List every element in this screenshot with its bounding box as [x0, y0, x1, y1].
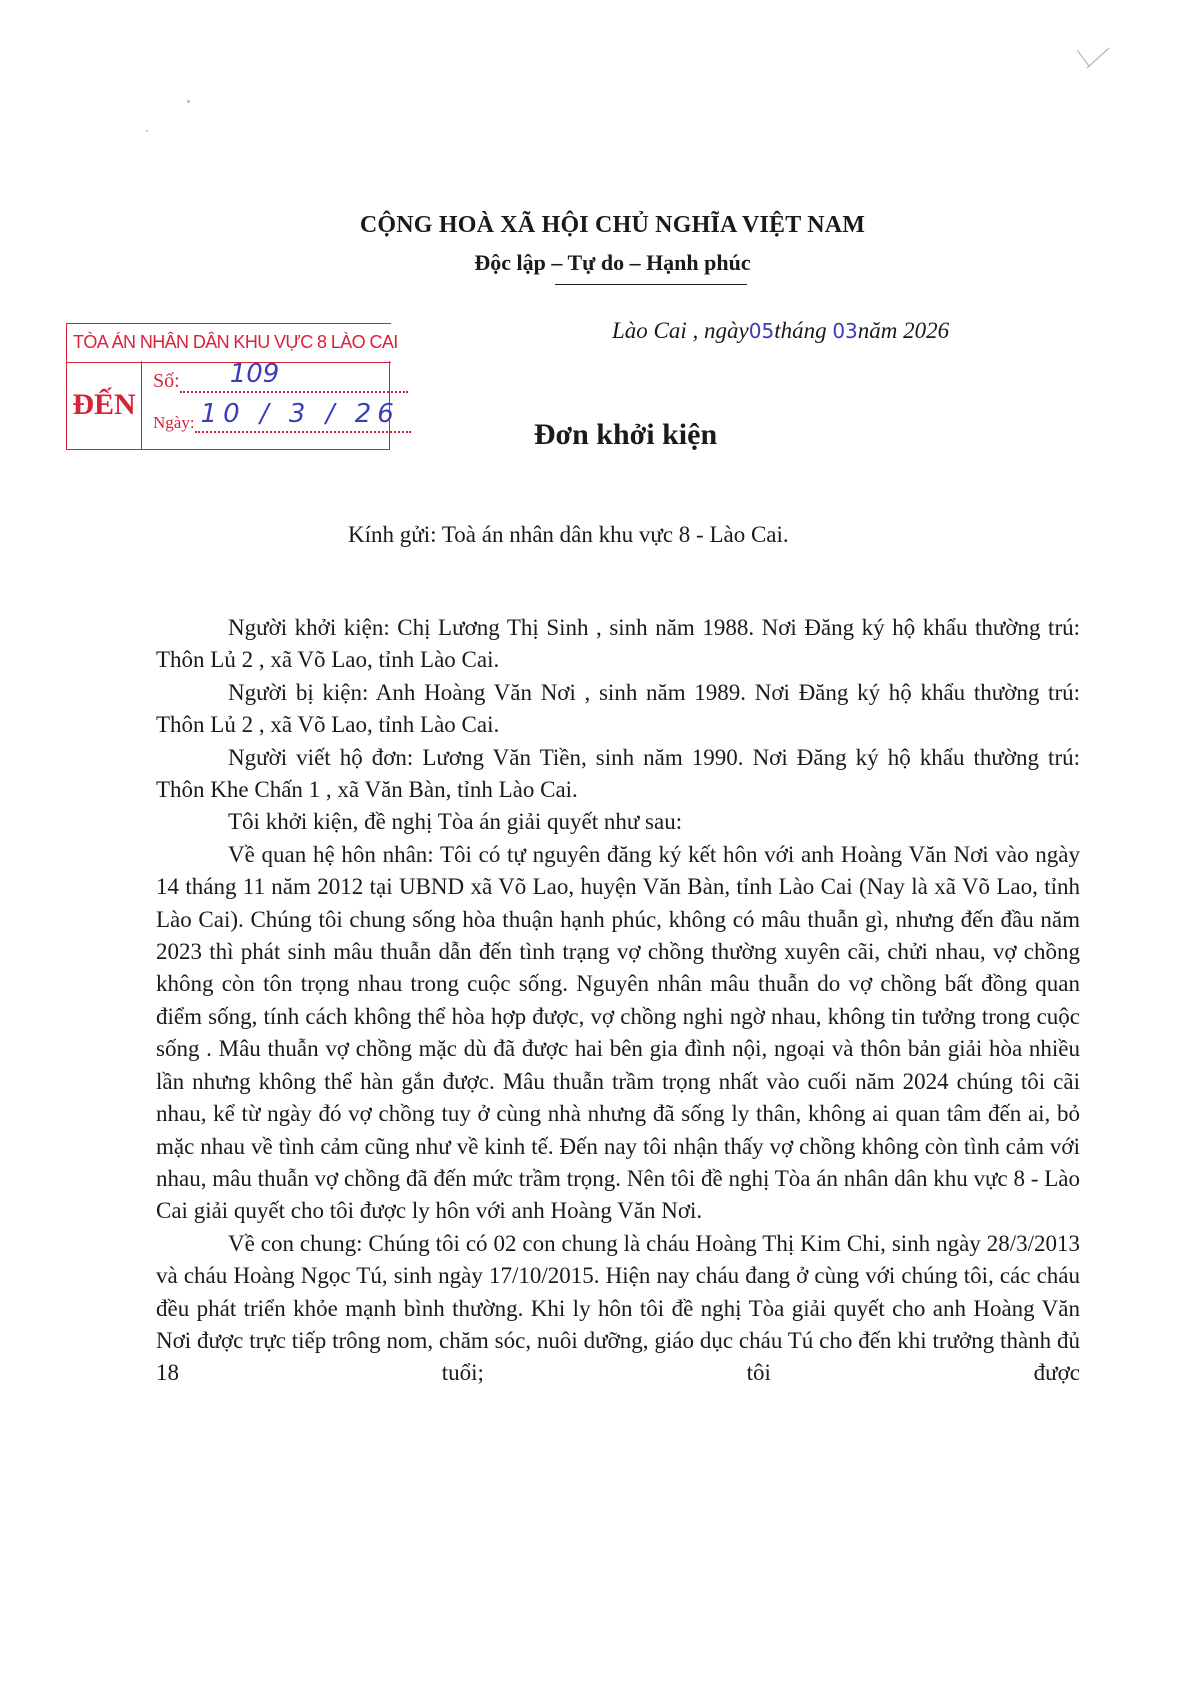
paragraph-plaintiff: Người khởi kiện: Chị Lương Thị Sinh , si…	[156, 612, 1080, 677]
paragraph-children: Về con chung: Chúng tôi có 02 con chung …	[156, 1228, 1080, 1390]
stamp-header: TÒA ÁN NHÂN DÂN KHU VỰC 8 LÀO CAI	[66, 323, 391, 363]
paragraph-request-intro: Tôi khởi kiện, đề nghị Tòa án giải quyết…	[156, 806, 1080, 838]
stamp-number-label: Số:	[153, 370, 180, 392]
paragraph-defendant: Người bị kiện: Anh Hoàng Văn Nơi , sinh …	[156, 677, 1080, 742]
pen-mark-icon	[1075, 46, 1111, 74]
stamp-court-name: TÒA ÁN NHÂN DÂN KHU VỰC 8 LÀO CAI	[73, 332, 398, 353]
place-date-year: năm 2026	[858, 318, 949, 343]
place-date-month: 03	[832, 319, 857, 343]
scan-speck	[146, 130, 148, 132]
document-title: Đơn khởi kiện	[0, 418, 1191, 452]
place-date: Lào Cai , ngày05tháng 03năm 2026	[612, 318, 949, 344]
document-body: Người khởi kiện: Chị Lương Thị Sinh , si…	[156, 612, 1080, 1390]
place-date-prefix: Lào Cai , ngày	[612, 318, 749, 343]
motto-underline	[555, 284, 747, 285]
stamp-number-value: 109	[230, 359, 280, 389]
recipient-line: Kính gửi: Toà án nhân dân khu vực 8 - Là…	[348, 522, 789, 548]
paragraph-marriage: Về quan hệ hôn nhân: Tôi có tự nguyên đă…	[156, 839, 1080, 1228]
place-date-month-label: tháng	[774, 318, 826, 343]
stamp-number-row: Số:109	[153, 369, 408, 393]
national-motto: Độc lập – Tự do – Hạnh phúc	[0, 250, 1191, 276]
place-date-day: 05	[749, 319, 774, 343]
scan-speck	[187, 100, 190, 103]
paragraph-writer: Người viết hộ đơn: Lương Văn Tiền, sinh …	[156, 742, 1080, 807]
national-title: CỘNG HOÀ XÃ HỘI CHỦ NGHĨA VIỆT NAM	[0, 212, 1191, 239]
